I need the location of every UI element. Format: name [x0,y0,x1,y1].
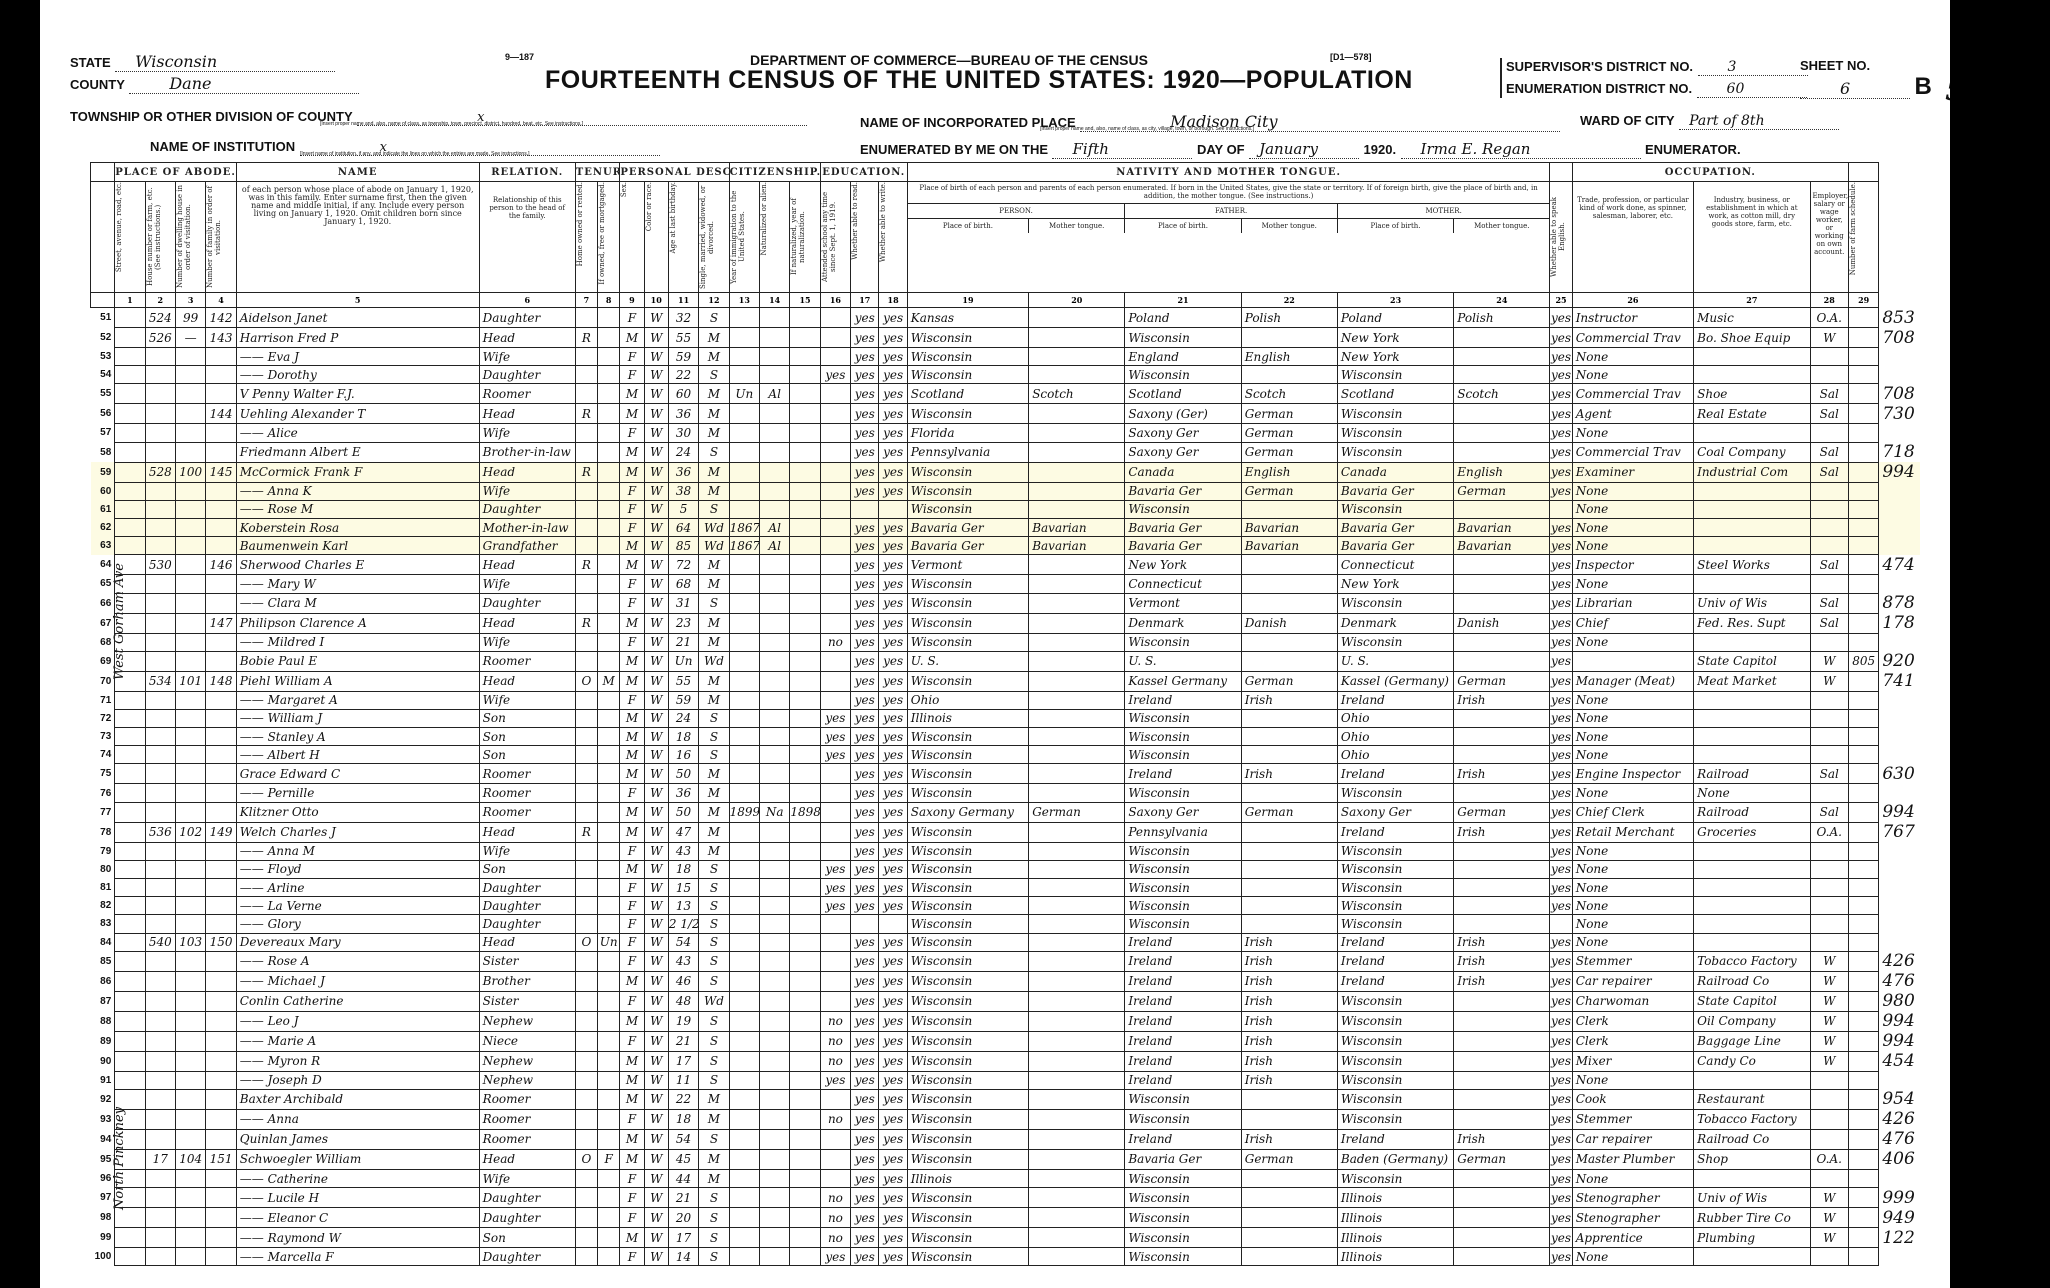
family-number-cell [206,709,236,727]
person-name-cell: Aidelson Janet [236,308,479,328]
sex-cell: M [620,328,644,348]
age-cell: 50 [668,802,698,822]
person-name-cell: —— Myron R [236,1051,479,1071]
family-number-cell [206,971,236,991]
mother-birthplace-cell: Ireland [1337,691,1453,709]
father-tongue-cell: Irish [1241,764,1337,784]
school-cell: no [820,1109,850,1129]
sex-cell: F [620,1169,644,1187]
house-number-cell [145,633,175,651]
farm-schedule-cell [1848,691,1878,709]
occupation-code-annotation [1879,842,1920,860]
home-owned-cell: R [575,822,597,842]
naturalized-cell [760,482,790,500]
person-name-cell: —— Anna [236,1109,479,1129]
home-owned-cell [575,842,597,860]
marital-status-cell: M [699,575,729,593]
dwelling-number-cell [176,1089,206,1109]
line-number: 72 [91,709,115,727]
relation-cell: Daughter [479,1208,575,1228]
color-cell: W [644,860,668,878]
school-cell [820,462,850,482]
person-name-cell: Baxter Archibald [236,1089,479,1109]
naturalization-year-cell [790,842,820,860]
age-cell: 55 [668,671,698,691]
naturalized-cell [760,593,790,613]
naturalization-year-cell [790,1051,820,1071]
employer-class-cell [1810,518,1848,536]
column-number: 3 [176,293,206,308]
farm-schedule-cell [1848,933,1878,951]
mother-tongue-cell [1029,328,1125,348]
occupation-code-annotation: 994 [1879,462,1920,482]
sex-cell: F [620,593,644,613]
employer-class-cell [1810,746,1848,764]
father-birthplace-cell: Wisconsin [1125,860,1241,878]
sex-cell: F [620,575,644,593]
write-cell: yes [879,802,907,822]
employer-class-cell: W [1810,651,1848,671]
house-number-cell [145,1129,175,1149]
column-number: 16 [820,293,850,308]
home-owned-cell [575,709,597,727]
write-cell: yes [879,1031,907,1051]
occupation-code-annotation: 178 [1879,613,1920,633]
marital-status-cell: S [699,1208,729,1228]
table-row: 64530146Sherwood Charles EHeadRMW72Myesy… [91,555,1920,575]
street-cell [115,1051,145,1071]
employer-class-cell: W [1810,951,1848,971]
mortgage-cell [598,1248,620,1266]
father-birthplace-cell: Wisconsin [1125,1089,1241,1109]
person-name-cell: —— La Verne [236,897,479,915]
employer-class-cell: W [1810,991,1848,1011]
marital-status-cell: M [699,822,729,842]
line-number: 79 [91,842,115,860]
write-cell: yes [879,1248,907,1266]
family-number-cell [206,633,236,651]
line-number: 100 [91,1248,115,1266]
house-number-cell: 524 [145,308,175,328]
speaks-english-cell: yes [1550,1129,1572,1149]
marital-status-cell: S [699,709,729,727]
mother-mother-tongue-cell: Irish [1454,951,1550,971]
street-cell [115,802,145,822]
mother-tongue-cell [1029,897,1125,915]
color-cell: W [644,897,668,915]
mother-mother-tongue-cell [1454,651,1550,671]
table-row: 81—— ArlineDaughterFW15SyesyesyesWiscons… [91,879,1920,897]
house-number-cell [145,709,175,727]
occupation-industry-cell [1694,915,1810,933]
marital-status-cell: S [699,308,729,328]
school-cell [820,764,850,784]
street-cell [115,404,145,424]
employer-class-cell: Sal [1810,404,1848,424]
marital-status-cell: Wd [699,518,729,536]
occupation-trade-cell: Apprentice [1572,1228,1693,1248]
naturalization-year-cell [790,575,820,593]
birthplace-cell: Bavaria Ger [907,518,1028,536]
marital-status-cell: M [699,1109,729,1129]
enumeration-date-field: ENUMERATED BY ME ON THE Fifth DAY OF Jan… [860,140,1741,159]
color-cell: W [644,802,668,822]
father-tongue-cell [1241,593,1337,613]
sex-cell: M [620,1129,644,1149]
mother-tongue-cell [1029,842,1125,860]
sex-cell: M [620,613,644,633]
father-birthplace-cell: Wisconsin [1125,1169,1241,1187]
table-row: 56144Uehling Alexander THeadRMW36Myesyes… [91,404,1920,424]
table-row: 89—— Marie ANieceFW21SnoyesyesWisconsinI… [91,1031,1920,1051]
color-cell: W [644,575,668,593]
home-owned-cell [575,1188,597,1208]
mortgage-cell [598,537,620,555]
immigration-year-cell [729,613,759,633]
naturalized-cell [760,651,790,671]
mother-tongue-cell: German [1029,802,1125,822]
birthplace-cell: Wisconsin [907,897,1028,915]
sheet-side: B [1914,73,1931,100]
occupation-industry-cell [1694,348,1810,366]
person-name-cell: —— Lucile H [236,1188,479,1208]
marital-status-cell: S [699,1188,729,1208]
mother-tongue-cell [1029,575,1125,593]
read-cell: yes [851,728,879,746]
read-cell: yes [851,575,879,593]
occupation-industry-cell [1694,879,1810,897]
naturalized-cell [760,933,790,951]
column-number: 23 [1337,293,1453,308]
line-number: 64 [91,555,115,575]
house-col-desc: House number or farm, etc. (See instruct… [146,182,162,292]
farm-schedule-cell [1848,1208,1878,1228]
occupation-code-annotation: 476 [1879,1129,1920,1149]
occupation-code-annotation [1879,691,1920,709]
mortgage-cell [598,860,620,878]
occupation-trade-cell [1572,651,1693,671]
father-tongue-cell: Bavarian [1241,537,1337,555]
family-number-cell [206,1031,236,1051]
occupation-code-annotation [1879,784,1920,802]
occupation-industry-cell: Baggage Line [1694,1031,1810,1051]
home-owned-cell: R [575,404,597,424]
father-tongue-cell [1241,633,1337,651]
school-cell: yes [820,709,850,727]
mother-birthplace-cell: Wisconsin [1337,879,1453,897]
employer-class-cell: W [1810,328,1848,348]
immigration-year-cell [729,1188,759,1208]
sex-cell: F [620,500,644,518]
mother-mother-tongue-cell: Irish [1454,1129,1550,1149]
father-tongue-cell [1241,842,1337,860]
table-row: 65—— Mary WWifeFW68MyesyesWisconsinConne… [91,575,1920,593]
naturalization-year-cell [790,308,820,328]
mother-mother-tongue-cell [1454,1208,1550,1228]
column-number: 26 [1572,293,1693,308]
employer-class-cell: W [1810,671,1848,691]
sheet-label: SHEET NO. [1800,58,1932,73]
column-number: 2 [145,293,175,308]
dwelling-number-cell [176,1011,206,1031]
marital-status-cell: S [699,442,729,462]
dwelling-number-cell [176,482,206,500]
ed-value: 60 [1697,81,1807,98]
occupation-industry-cell [1694,424,1810,442]
line-number: 53 [91,348,115,366]
mortgage-cell [598,897,620,915]
dwelling-number-cell: 100 [176,462,206,482]
farm-schedule-cell [1848,442,1878,462]
table-row: 92Baxter ArchibaldRoomerMW22MyesyesWisco… [91,1089,1920,1109]
speaks-english-cell: yes [1550,784,1572,802]
house-number-cell [145,442,175,462]
home-owned-cell [575,1228,597,1248]
father-birthplace-cell: Kassel Germany [1125,671,1241,691]
immigration-year-cell [729,1031,759,1051]
naturalized-cell [760,1248,790,1266]
school-cell: yes [820,728,850,746]
enumerated-day: Fifth [1052,140,1192,159]
age-cell: 16 [668,746,698,764]
mother-birthplace-cell: Ireland [1337,933,1453,951]
read-cell: yes [851,1228,879,1248]
read-cell: yes [851,671,879,691]
speaks-english-cell: yes [1550,555,1572,575]
farm-schedule-cell [1848,366,1878,384]
mother-tongue-cell [1029,784,1125,802]
write-cell: yes [879,328,907,348]
mother-tongue-cell [1029,764,1125,784]
house-number-cell [145,404,175,424]
birthplace-cell: Kansas [907,308,1028,328]
relation-cell: Nephew [479,1071,575,1089]
family-number-cell [206,500,236,518]
occupation-trade-cell: Stemmer [1572,1109,1693,1129]
occupation-code-annotation: 920 [1879,651,1920,671]
write-cell: yes [879,518,907,536]
father-tongue-cell: English [1241,348,1337,366]
naturalized-cell [760,1071,790,1089]
line-number: 93 [91,1109,115,1129]
name-group-header: NAME [236,163,479,182]
occupation-industry-cell: Univ of Wis [1694,593,1810,613]
mother-birthplace-cell: Wisconsin [1337,1031,1453,1051]
farm-schedule-cell [1848,1129,1878,1149]
home-owned-cell [575,537,597,555]
sex-cell: F [620,1109,644,1129]
sex-cell: M [620,1011,644,1031]
street-cell [115,555,145,575]
occupation-trade-cell: None [1572,537,1693,555]
mortgage-cell [598,404,620,424]
mother-birthplace-cell: Wisconsin [1337,593,1453,613]
birthplace-cell: Wisconsin [907,951,1028,971]
mortgage-cell [598,802,620,822]
occupation-trade-cell: Stenographer [1572,1208,1693,1228]
house-number-cell [145,1071,175,1089]
relation-cell: Grandfather [479,537,575,555]
marital-status-cell: M [699,348,729,366]
column-number: 4 [206,293,236,308]
marital-status-cell: S [699,879,729,897]
dwelling-number-cell [176,691,206,709]
father-tongue-cell [1241,1169,1337,1187]
father-tongue-cell: Irish [1241,1011,1337,1031]
age-cell: 18 [668,860,698,878]
naturalized-cell [760,348,790,366]
sex-cell: F [620,842,644,860]
read-cell: yes [851,308,879,328]
birthplace-cell: Wisconsin [907,613,1028,633]
person-name-cell: Uehling Alexander T [236,404,479,424]
person-name-cell: Friedmann Albert E [236,442,479,462]
school-cell: yes [820,897,850,915]
home-owned-cell [575,879,597,897]
age-cell: 64 [668,518,698,536]
mother-tongue-cell [1029,728,1125,746]
house-number-cell [145,1208,175,1228]
read-cell: yes [851,328,879,348]
family-number-cell: 142 [206,308,236,328]
age-cell: 85 [668,537,698,555]
birthplace-cell: Bavaria Ger [907,537,1028,555]
occupation-trade-cell: Cook [1572,1089,1693,1109]
occupation-trade-cell: None [1572,728,1693,746]
naturalized-cell [760,764,790,784]
street-cell [115,1208,145,1228]
mother-mother-tongue-cell: German [1454,1149,1550,1169]
employer-class-cell: Sal [1810,802,1848,822]
marital-status-cell: M [699,842,729,860]
birthplace-cell: Wisconsin [907,1248,1028,1266]
dwelling-number-cell [176,593,206,613]
mortgage-cell [598,1089,620,1109]
occupation-trade-cell: Car repairer [1572,971,1693,991]
mother-tongue-subheader: Mother tongue. [1454,219,1549,233]
street-cell [115,842,145,860]
naturalization-year-cell [790,1149,820,1169]
age-cell: 55 [668,328,698,348]
employer-class-cell [1810,1169,1848,1187]
mother-mother-tongue-cell [1454,575,1550,593]
father-tongue-cell: German [1241,1149,1337,1169]
father-tongue-cell: Danish [1241,613,1337,633]
farm-col-desc: Number of farm schedule. [1849,182,1857,275]
farm-schedule-cell [1848,404,1878,424]
write-cell: yes [879,1228,907,1248]
sex-cell: M [620,555,644,575]
age-cell: 24 [668,442,698,462]
street-cell [115,933,145,951]
school-cell: yes [820,879,850,897]
mortgage-cell: M [598,671,620,691]
occupation-trade-cell: None [1572,575,1693,593]
mortgage-cell [598,784,620,802]
mortgage-cell [598,691,620,709]
relation-cell: Head [479,1149,575,1169]
person-name-cell: Philipson Clarence A [236,613,479,633]
relation-cell: Daughter [479,593,575,613]
write-cell: yes [879,1129,907,1149]
dwelling-number-cell: 99 [176,308,206,328]
house-number-cell [145,1248,175,1266]
district-box: SUPERVISOR'S DISTRICT NO. 3 ENUMERATION … [1500,58,1808,98]
mother-mother-tongue-cell [1454,348,1550,366]
write-cell: yes [879,555,907,575]
write-cell: yes [879,1089,907,1109]
house-number-cell [145,1011,175,1031]
marital-status-cell: M [699,404,729,424]
write-cell: yes [879,1149,907,1169]
street-cell [115,366,145,384]
farm-schedule-cell [1848,1149,1878,1169]
age-cell: 14 [668,1248,698,1266]
line-number: 90 [91,1051,115,1071]
house-number-cell [145,366,175,384]
family-number-cell [206,897,236,915]
naturalized-cell [760,1149,790,1169]
citizenship-group-header: CITIZENSHIP. [729,163,820,182]
birthplace-cell: Wisconsin [907,1031,1028,1051]
occupation-trade-cell: Car repairer [1572,1129,1693,1149]
birthplace-cell: Wisconsin [907,593,1028,613]
mortgage-cell [598,709,620,727]
naturalization-year-cell [790,1129,820,1149]
occupation-trade-cell: None [1572,1071,1693,1089]
father-birthplace-cell: Wisconsin [1125,1188,1241,1208]
occupation-industry-cell [1694,897,1810,915]
employer-class-cell: Sal [1810,555,1848,575]
house-number-cell: 526 [145,328,175,348]
school-cell: no [820,633,850,651]
naturalization-year-cell [790,442,820,462]
family-number-cell [206,366,236,384]
occupation-code-annotation: 718 [1879,442,1920,462]
mother-birthplace-cell: Wisconsin [1337,1051,1453,1071]
column-number: 12 [699,293,729,308]
street-cell [115,1011,145,1031]
immigration-year-cell [729,1208,759,1228]
occupation-code-annotation: 853 [1879,308,1920,328]
street-cell [115,1169,145,1187]
write-cell: yes [879,537,907,555]
person-name-cell: Baumenwein Karl [236,537,479,555]
mortgage-cell [598,613,620,633]
mother-mother-tongue-cell [1454,555,1550,575]
table-row: 99—— Raymond WSonMW17SnoyesyesWisconsinW… [91,1228,1920,1248]
color-cell: W [644,1011,668,1031]
sex-cell: F [620,991,644,1011]
naturalized-cell [760,308,790,328]
color-cell: W [644,1169,668,1187]
naturalization-year-cell [790,764,820,784]
occupation-industry-cell: Shoe [1694,384,1810,404]
read-cell: yes [851,518,879,536]
occupation-trade-cell: Chief Clerk [1572,802,1693,822]
relation-cell: Wife [479,482,575,500]
ward-field: WARD OF CITY Part of 8th [1580,112,1839,130]
mother-mother-tongue-cell [1454,500,1550,518]
immigration-year-cell [729,308,759,328]
naturalization-year-cell [790,555,820,575]
color-cell: W [644,518,668,536]
person-name-cell: Devereaux Mary [236,933,479,951]
occupation-code-annotation: 980 [1879,991,1920,1011]
mother-tongue-cell [1029,1011,1125,1031]
relation-cell: Head [479,555,575,575]
color-cell: W [644,328,668,348]
